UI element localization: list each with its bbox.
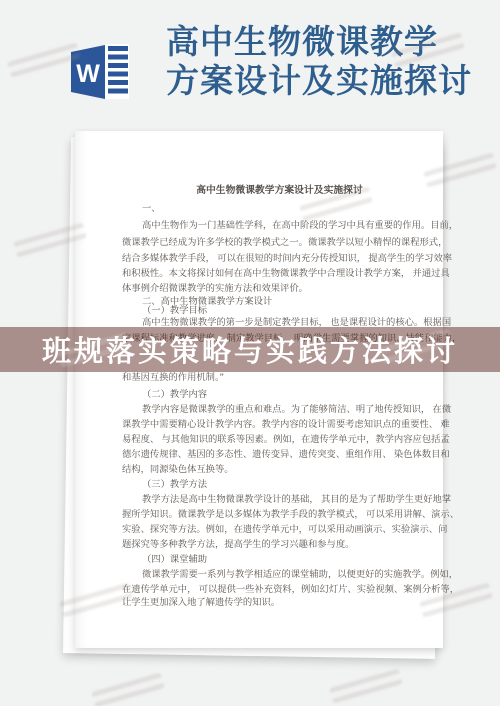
doc-line: 体事例介绍微课教学的实施方法和效果评价。 <box>122 283 437 295</box>
title-banner: 班规落实策略与实践方法探讨 <box>0 327 500 372</box>
doc-line: 一、 <box>122 203 437 215</box>
preview-stage: W 高中生物微课教学 方案设计及实施探讨 高中生物微课教学方案设计及实施探讨一、… <box>0 0 500 706</box>
doc-line: （一）教学目标 <box>122 305 437 317</box>
word-icon: W <box>71 42 131 102</box>
word-icon-letter: W <box>76 60 100 88</box>
doc-line: （三）教学方法 <box>122 479 437 491</box>
header: W 高中生物微课教学 方案设计及实施探讨 <box>0 0 500 131</box>
word-logo-icon: W <box>71 42 131 102</box>
doc-line: 和积极性。本文将探讨如何在高中生物微课教学中合理设计教学方案， 并通过具 <box>122 268 437 280</box>
doc-line: 高中生物作为一门基础性学科，在高中阶段的学习中具有重要的作用。目前， <box>122 220 437 232</box>
doc-line: 教学内容是微课教学的重点和难点。为了能够简洁、明了地传授知识， 在微 <box>122 404 437 416</box>
banner-title: 班规落实策略与实践方法探讨 <box>42 329 458 370</box>
doc-line: 教学方法是高中生物微课教学设计的基础， 其目的是为了帮助学生更好地掌 <box>122 494 437 506</box>
doc-line: 让学生更加深入地了解遗传学的知识。 <box>122 597 437 609</box>
doc-line: 微课教学需要一系列与教学相适应的课堂辅助，以便更好的实施教学。例如， <box>122 569 437 581</box>
doc-title-line: 高中生物微课教学方案设计及实施探讨 <box>122 185 437 197</box>
doc-line: （二）教学内容 <box>122 389 437 401</box>
doc-line: 课教学中需要精心设计教学内容。教学内容的设计需要考虑知识点的重要性、 难 <box>122 419 437 431</box>
doc-line: 在遗传学单元中， 可以提供一些补充资料，例如幻灯片、实验视频、案例分析等， <box>122 584 437 596</box>
watermark <box>329 668 403 703</box>
header-title-line1: 高中生物微课教学 <box>166 24 496 63</box>
doc-line: 和基因互换的作用机制。” <box>122 372 437 384</box>
header-title: 高中生物微课教学 方案设计及实施探讨 <box>166 24 496 102</box>
doc-line: 结合多媒体教学手段， 可以在很短的时间内充分传授知识， 提高学生的学习效率 <box>122 253 437 265</box>
doc-line: （四）课堂辅助 <box>122 554 437 566</box>
doc-line: 题探究等多种教学方法，提高学生的学习兴趣和参与度。 <box>122 539 437 551</box>
doc-line: 实验、探究等方法。例如，在遗传学单元中，可以采用动画演示、实验演示、问 <box>122 524 437 536</box>
doc-line: 结构，同源染色体互换等。 <box>122 464 437 476</box>
header-title-line2: 方案设计及实施探讨 <box>166 63 496 102</box>
document-page: 高中生物微课教学方案设计及实施探讨一、高中生物作为一门基础性学科，在高中阶段的学… <box>75 131 443 648</box>
document-text: 高中生物微课教学方案设计及实施探讨一、高中生物作为一门基础性学科，在高中阶段的学… <box>122 131 437 648</box>
doc-line: 德尔遗传规律、基因的多态性、遗传变异、遗传突变、重组作用、 染色体数目和 <box>122 449 437 461</box>
doc-line: 微课教学已经成为许多学校的教学模式之一。微课教学以短小精悍的课程形式， <box>122 237 437 249</box>
doc-line: 握所学知识。微课教学是以多媒体为教学手段的教学模式， 可以采用讲解、演示、 <box>122 509 437 521</box>
watermark <box>91 672 165 706</box>
doc-line: 易程度、 与其他知识的联系等因素。例如，在遗传学单元中，教学内容应包括孟 <box>122 434 437 446</box>
